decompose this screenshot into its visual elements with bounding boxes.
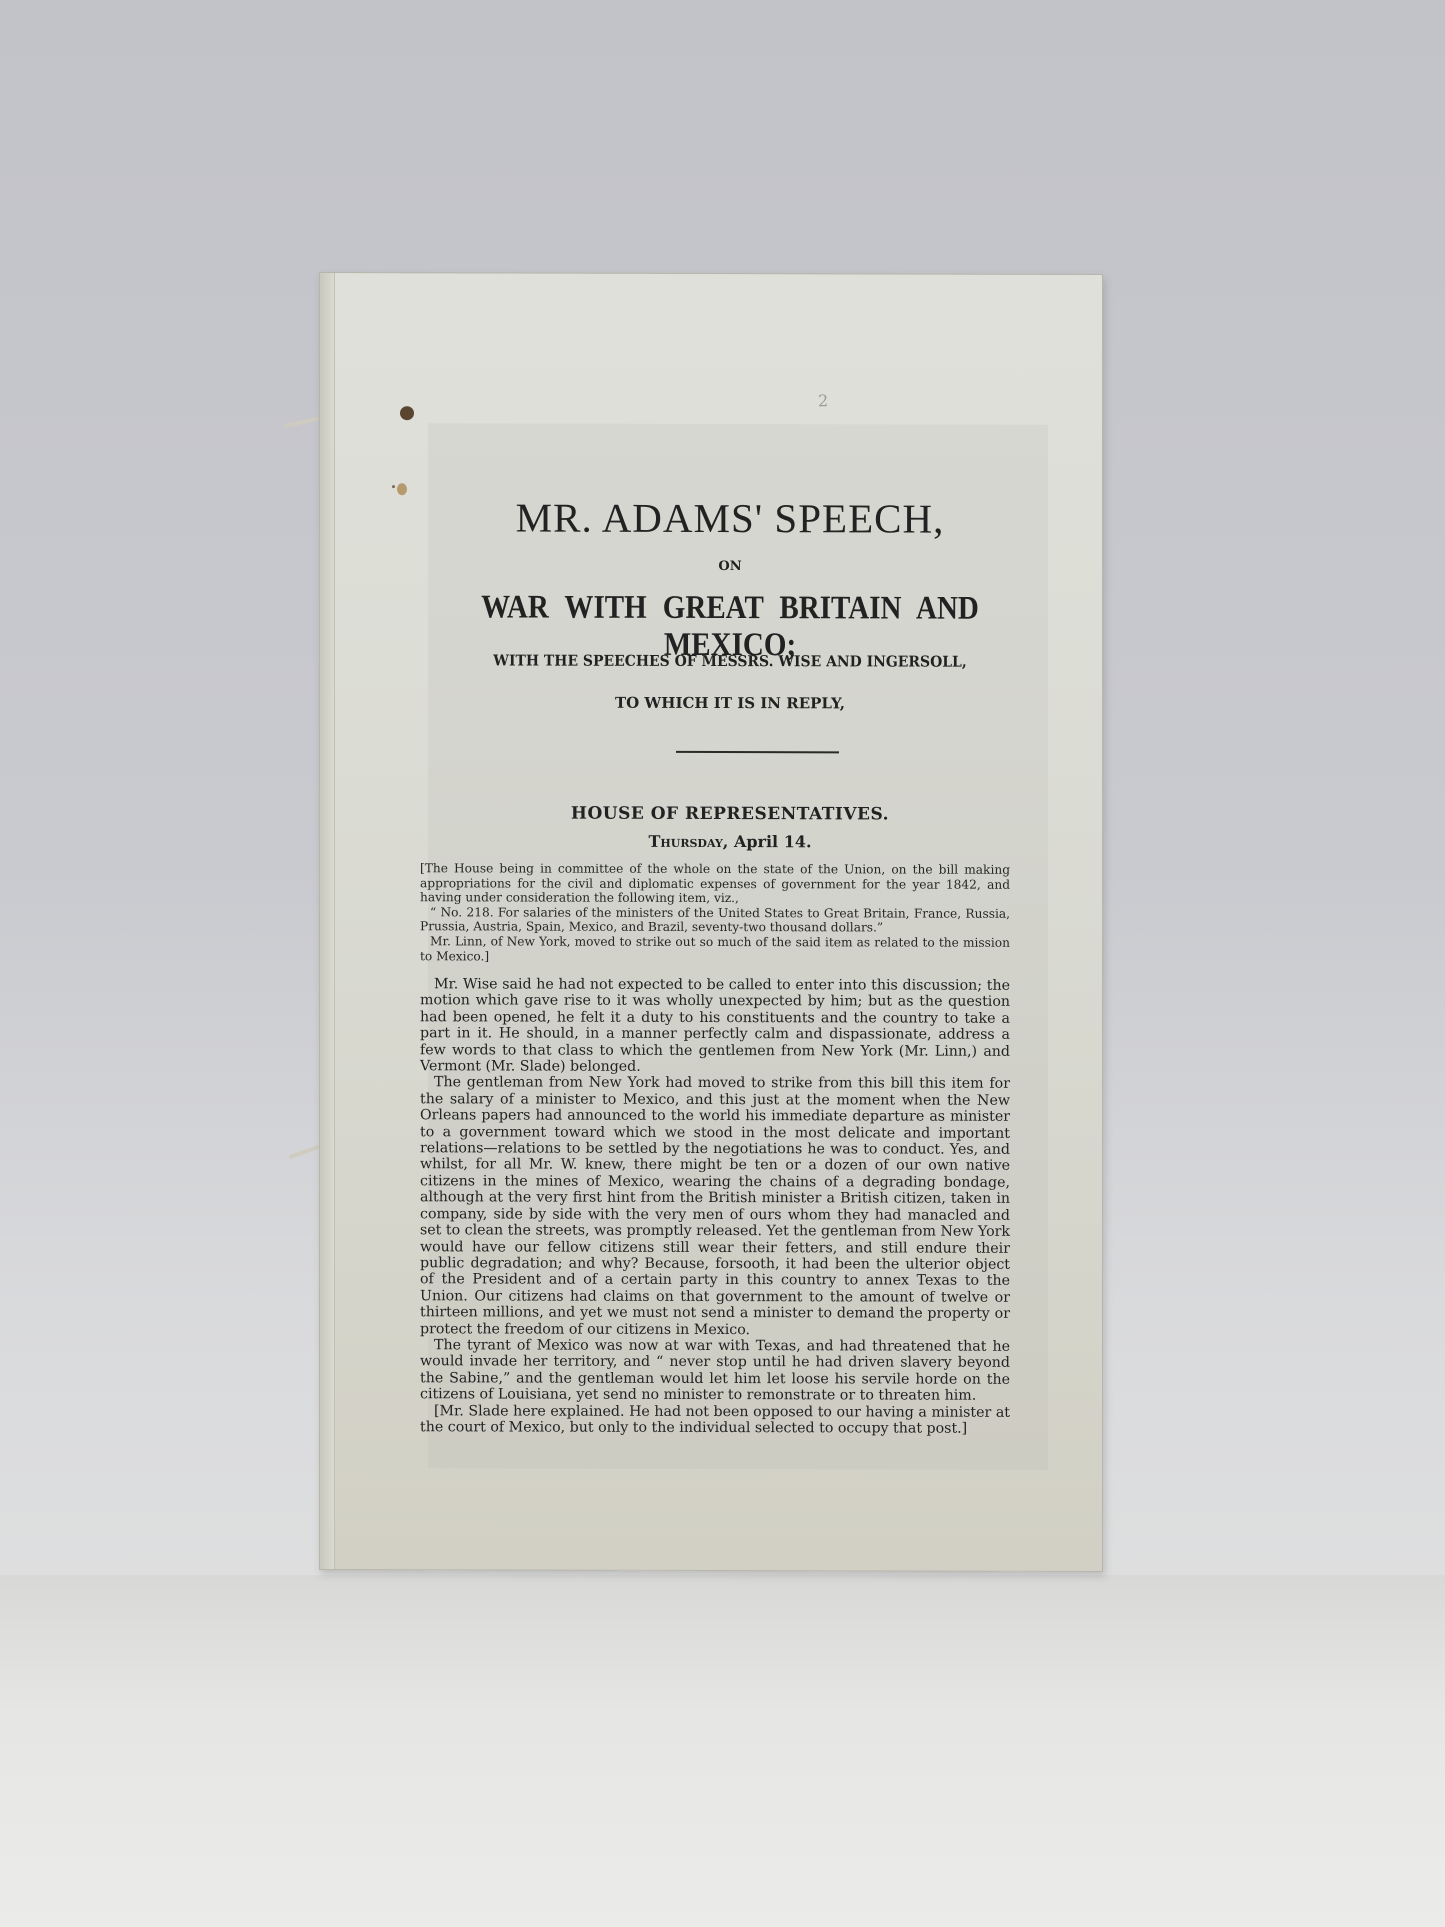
preamble-paragraph: Mr. Linn, of New York, moved to strike o…: [420, 934, 1010, 965]
foxing-spot: [392, 485, 395, 488]
with-speeches-line: WITH THE SPEECHES OF MESSRS. WISE AND IN…: [442, 651, 1019, 671]
binding-string-top: [283, 416, 323, 428]
session-date: Thursday, April 14.: [420, 831, 1040, 852]
preamble-note: [The House being in committee of the who…: [420, 861, 1010, 965]
date-day: Thursday,: [648, 832, 728, 851]
binding-string-bottom: [288, 1145, 319, 1160]
body-paragraph: The tyrant of Mexico was now at war with…: [420, 1337, 1010, 1404]
body-paragraph: Mr. Wise said he had not expected to be …: [420, 976, 1010, 1076]
date-rest: April 14.: [728, 832, 811, 851]
page-number: 2: [818, 391, 828, 410]
body-paragraph: The gentleman from New York had moved to…: [420, 1075, 1010, 1339]
document-title: MR. ADAMS' SPEECH,: [420, 493, 1040, 543]
reply-line: TO WHICH IT IS IN REPLY,: [420, 693, 1040, 713]
page-content: 2 MR. ADAMS' SPEECH, ON WAR WITH GREAT B…: [420, 273, 1040, 275]
chamber-heading: HOUSE OF REPRESENTATIVES.: [420, 803, 1040, 825]
divider-rule: [676, 751, 839, 753]
table-surface: [0, 1575, 1445, 1927]
preamble-paragraph: [The House being in committee of the who…: [420, 861, 1010, 906]
preamble-paragraph: “ No. 218. For salaries of the ministers…: [420, 905, 1010, 936]
pamphlet-page: 2 MR. ADAMS' SPEECH, ON WAR WITH GREAT B…: [319, 272, 1103, 1572]
title-connector: ON: [420, 558, 1040, 575]
speech-body: Mr. Wise said he had not expected to be …: [420, 976, 1010, 1437]
foxing-spot: [397, 483, 407, 495]
body-paragraph: [Mr. Slade here explained. He had not be…: [420, 1403, 1010, 1437]
ink-stain: [400, 406, 414, 420]
